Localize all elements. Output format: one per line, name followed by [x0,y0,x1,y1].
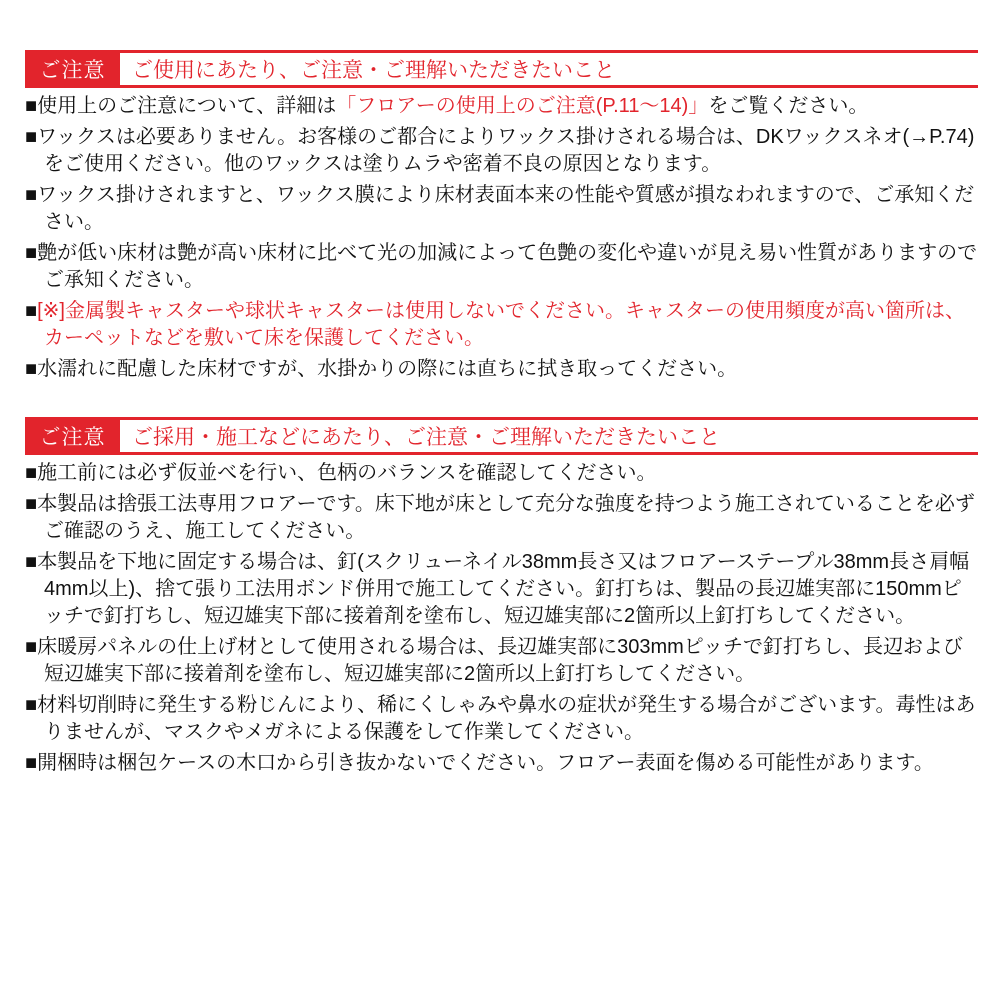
bullet-square-icon: ■ [25,551,37,573]
caution-item: ■開梱時は梱包ケースの木口から引き抜かないでください。フロアー表面を傷める可能性… [25,750,978,777]
text-segment: をご覧ください。 [708,95,868,117]
document-page: ご注意 ご使用にあたり、ご注意・ご理解いただきたいこと ■使用上のご注意について… [0,0,1000,1000]
bullet-square-icon: ■ [25,462,37,484]
caution-item: ■使用上のご注意について、詳細は「フロアーの使用上のご注意(P.11〜14)」を… [25,93,978,120]
text-segment: 床暖房パネルの仕上げ材として使用される場合は、長辺雄実部に303mmピッチで釘打… [37,636,963,685]
text-segment: ワックス掛けされますと、ワックス膜により床材表面本来の性能や質感が損なわれますの… [37,184,974,233]
text-segment: 開梱時は梱包ケースの木口から引き抜かないでください。フロアー表面を傷める可能性が… [37,752,934,774]
caution-item: ■ワックスは必要ありません。お客様のご都合によりワックス掛けされる場合は、DKワ… [25,124,978,178]
caution-list-installation: ■施工前には必ず仮並べを行い、色柄のバランスを確認してください。■本製品は捨張工… [25,460,978,777]
caution-item: ■ワックス掛けされますと、ワックス膜により床材表面本来の性能や質感が損なわれます… [25,182,978,236]
section-title: ご使用にあたり、ご注意・ご理解いただきたいこと [120,53,615,85]
section-header-installation: ご注意 ご採用・施工などにあたり、ご注意・ご理解いただきたいこと [25,417,978,455]
bullet-square-icon: ■ [25,95,37,117]
bullet-square-icon: ■ [25,493,37,515]
caution-item: ■材料切削時に発生する粉じんにより、稀にくしゃみや鼻水の症状が発生する場合がござ… [25,692,978,746]
caution-item: ■水濡れに配慮した床材ですが、水掛かりの際には直ちに拭き取ってください。 [25,356,978,383]
text-segment: 「フロアーの使用上のご注意(P.11〜14)」 [336,95,708,117]
bullet-square-icon: ■ [25,694,37,716]
caution-section-installation: ご注意 ご採用・施工などにあたり、ご注意・ご理解いただきたいこと ■施工前には必… [25,417,978,777]
text-segment: ワックスは必要ありません。お客様のご都合によりワックス掛けされる場合は、DKワッ… [37,126,974,175]
bullet-square-icon: ■ [25,184,37,206]
bullet-square-icon: ■ [25,636,37,658]
caution-section-usage: ご注意 ご使用にあたり、ご注意・ご理解いただきたいこと ■使用上のご注意について… [25,50,978,383]
bullet-square-icon: ■ [25,752,37,774]
text-segment: 水濡れに配慮した床材ですが、水掛かりの際には直ちに拭き取ってください。 [37,358,737,380]
text-segment: 施工前には必ず仮並べを行い、色柄のバランスを確認してください。 [37,462,656,484]
text-segment: 艶が低い床材は艶が高い床材に比べて光の加減によって色艶の変化や違いが見え易い性質… [37,242,977,291]
section-header-usage: ご注意 ご使用にあたり、ご注意・ご理解いただきたいこと [25,50,978,88]
text-segment: 本製品を下地に固定する場合は、釘(スクリューネイル38mm長さ又はフロアーステー… [37,551,969,627]
caution-item: ■[※]金属製キャスターや球状キャスターは使用しないでください。キャスターの使用… [25,298,978,352]
text-segment: 本製品は捨張工法専用フロアーです。床下地が床として充分な強度を持つよう施工されて… [37,493,975,542]
caution-item: ■艶が低い床材は艶が高い床材に比べて光の加減によって色艶の変化や違いが見え易い性… [25,240,978,294]
text-segment: 使用上のご注意について、詳細は [37,95,336,117]
caution-item: ■床暖房パネルの仕上げ材として使用される場合は、長辺雄実部に303mmピッチで釘… [25,634,978,688]
text-segment: 材料切削時に発生する粉じんにより、稀にくしゃみや鼻水の症状が発生する場合がござい… [37,694,975,743]
caution-list-usage: ■使用上のご注意について、詳細は「フロアーの使用上のご注意(P.11〜14)」を… [25,93,978,383]
bullet-square-icon: ■ [25,358,37,380]
caution-item: ■本製品は捨張工法専用フロアーです。床下地が床として充分な強度を持つよう施工され… [25,491,978,545]
bullet-square-icon: ■ [25,126,37,148]
caution-label-badge: ご注意 [25,420,120,452]
bullet-square-icon: ■ [25,300,37,322]
caution-item: ■本製品を下地に固定する場合は、釘(スクリューネイル38mm長さ又はフロアーステ… [25,549,978,630]
caution-label-badge: ご注意 [25,53,120,85]
caution-item: ■施工前には必ず仮並べを行い、色柄のバランスを確認してください。 [25,460,978,487]
text-segment: [※]金属製キャスターや球状キャスターは使用しないでください。キャスターの使用頻… [37,300,965,349]
section-title: ご採用・施工などにあたり、ご注意・ご理解いただきたいこと [120,420,720,452]
bullet-square-icon: ■ [25,242,37,264]
